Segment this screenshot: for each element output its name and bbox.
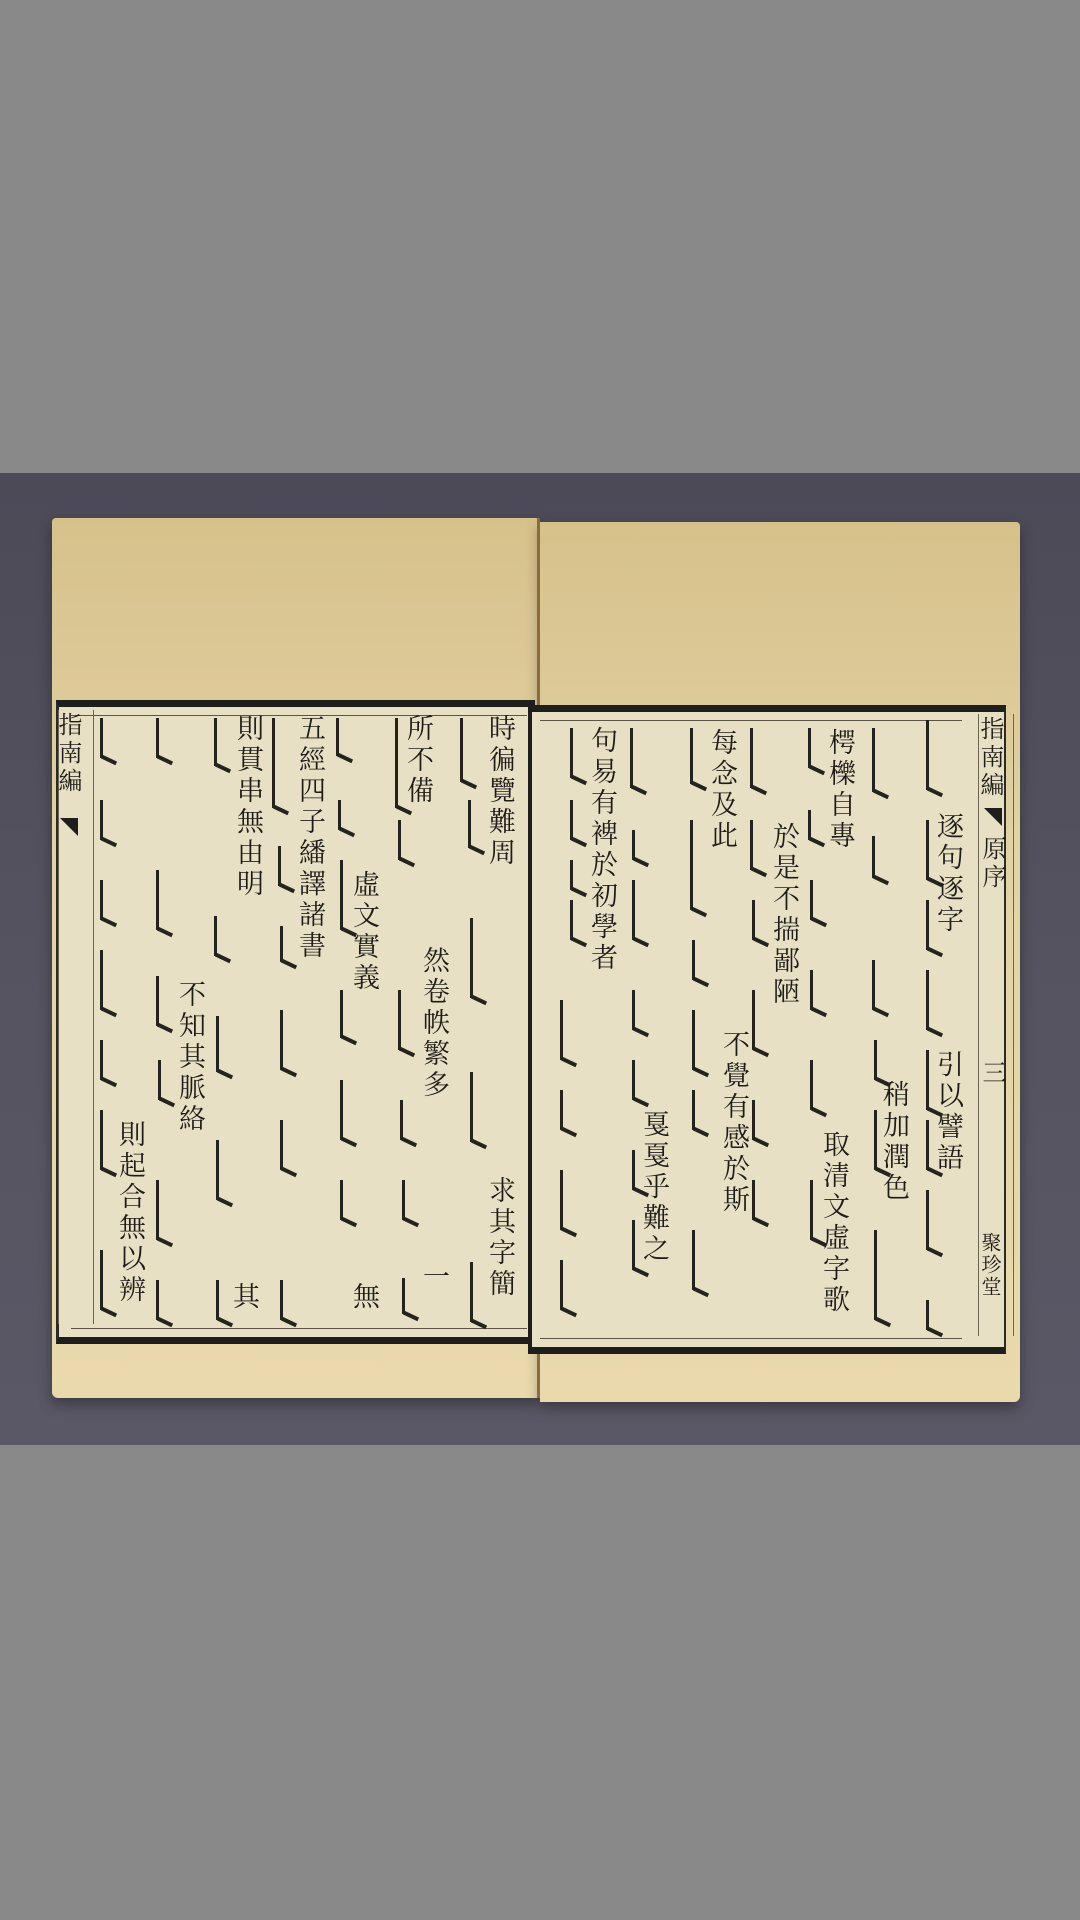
manchu-word — [810, 970, 827, 1010]
manchu-word — [156, 870, 173, 930]
manchu-word — [560, 1090, 577, 1130]
manchu-word — [810, 880, 827, 920]
manchu-word — [874, 1110, 891, 1170]
manchu-word — [100, 1250, 117, 1310]
manchu-word — [156, 718, 173, 758]
manchu-word — [100, 1110, 117, 1170]
manchu-word — [872, 728, 889, 792]
manchu-word — [100, 880, 117, 920]
manchu-word — [402, 1278, 419, 1314]
manchu-word — [460, 718, 477, 782]
manchu-word — [692, 940, 709, 980]
text-column: 每念及此 — [708, 728, 735, 852]
manchu-word — [400, 1100, 417, 1140]
text-column: 然卷帙繁多 — [420, 946, 447, 1101]
manchu-word — [752, 1180, 769, 1220]
manchu-word — [100, 950, 117, 1010]
manchu-word — [632, 1060, 649, 1100]
manchu-word — [750, 728, 767, 788]
manchu-word — [216, 1280, 233, 1320]
manchu-word — [926, 1120, 943, 1170]
manchu-word — [340, 860, 357, 930]
manchu-word — [340, 990, 357, 1038]
manchu-word — [926, 720, 943, 790]
manchu-word — [280, 1280, 297, 1320]
manchu-word — [570, 800, 587, 840]
manchu-word — [632, 830, 649, 860]
text-column: 無 — [350, 1282, 377, 1313]
left-margin-title: 指南編 — [56, 712, 80, 796]
manchu-word — [874, 1230, 891, 1320]
manchu-word — [810, 1060, 827, 1110]
manchu-word — [470, 1262, 487, 1322]
text-column: 不知其脈絡 — [176, 980, 203, 1135]
manchu-word — [156, 976, 173, 1026]
manchu-word — [395, 718, 412, 808]
manchu-word — [872, 836, 889, 878]
manchu-word — [570, 728, 587, 778]
manchu-word — [630, 728, 647, 788]
text-column: 時徧覽難周 — [486, 714, 513, 869]
text-column: 則起合無以辨 — [116, 1120, 143, 1306]
manchu-word — [338, 800, 355, 830]
text-column: 句易有裨於初學者 — [588, 726, 615, 974]
right-margin-title: 指南編 — [978, 716, 1002, 800]
manchu-word — [750, 820, 767, 870]
text-column: 一 — [420, 1262, 447, 1293]
manchu-word — [278, 846, 295, 886]
manchu-word — [692, 1230, 709, 1290]
manchu-word — [926, 1050, 943, 1110]
manchu-word — [690, 820, 707, 910]
text-column: 㮙櫟自專 — [826, 728, 853, 852]
text-column: 不覺有感於斯 — [720, 1030, 747, 1216]
page-number: 三 — [980, 1060, 1004, 1088]
manchu-word — [398, 820, 415, 860]
manchu-word — [926, 900, 943, 950]
manchu-word — [810, 1180, 827, 1240]
manchu-word — [752, 1100, 769, 1140]
manchu-word — [632, 990, 649, 1030]
manchu-word — [216, 1016, 233, 1072]
manchu-word — [280, 1120, 297, 1170]
text-column: 求其字簡 — [486, 1176, 513, 1300]
manchu-word — [560, 1260, 577, 1310]
manchu-word — [752, 990, 769, 1050]
manchu-word — [808, 728, 825, 768]
manchu-word — [340, 1080, 357, 1140]
manchu-word — [692, 1090, 709, 1130]
manchu-word — [632, 1220, 649, 1270]
text-column: 五經四子繙譯諸書 — [296, 714, 323, 962]
manchu-word — [158, 1060, 175, 1100]
manchu-word — [216, 1140, 233, 1200]
manchu-word — [156, 1180, 173, 1240]
manchu-word — [336, 718, 353, 756]
manchu-word — [926, 970, 943, 1030]
section-label: 原序 — [980, 836, 1004, 892]
manchu-word — [156, 1280, 173, 1320]
manchu-word — [560, 1000, 577, 1060]
manchu-word — [690, 728, 707, 784]
fishtail-mark-icon — [60, 818, 78, 836]
manchu-word — [214, 718, 231, 766]
fishtail-mark-icon — [984, 808, 1002, 826]
text-column: 其 — [230, 1282, 257, 1313]
manchu-word — [692, 1010, 709, 1070]
manchu-word — [272, 718, 289, 808]
manchu-word — [560, 1170, 577, 1230]
manchu-word — [100, 718, 117, 758]
manchu-word — [470, 918, 487, 998]
manchu-word — [100, 1040, 117, 1080]
manchu-word — [752, 900, 769, 940]
manchu-word — [468, 800, 485, 848]
manchu-word — [398, 990, 415, 1050]
manchu-word — [926, 1190, 943, 1250]
manchu-word — [874, 1040, 891, 1080]
manchu-word — [872, 960, 889, 1010]
manchu-word — [340, 1180, 357, 1220]
manchu-word — [214, 916, 231, 956]
manchu-word — [926, 820, 943, 880]
manchu-word — [632, 880, 649, 940]
manchu-word — [280, 926, 297, 962]
left-margin-column — [58, 710, 94, 1324]
manchu-word — [470, 1072, 487, 1142]
manchu-word — [632, 1150, 649, 1190]
manchu-word — [280, 1010, 297, 1070]
manchu-word — [808, 810, 825, 840]
manchu-word — [402, 1180, 419, 1220]
manchu-word — [100, 800, 117, 840]
manchu-word — [570, 900, 587, 940]
manchu-word — [926, 1300, 943, 1330]
publisher-mark: 聚珍堂 — [980, 1232, 1000, 1298]
text-column: 於是不揣鄙陋 — [770, 822, 797, 1008]
manchu-word — [570, 860, 587, 890]
text-column: 則貫串無由明 — [234, 714, 261, 900]
